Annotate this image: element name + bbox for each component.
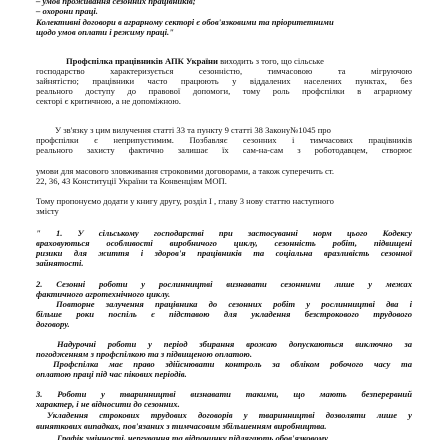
article-item-3: характер, і не відносити до сезонних. xyxy=(36,399,412,409)
article-item-2-paragraph: більше роки поспіль є підставою для укла… xyxy=(36,309,412,319)
paragraph-line: змісту xyxy=(36,206,412,216)
article-item-2-paragraph: Надурочні роботи у період збирання врожа… xyxy=(57,339,412,349)
article-item-2-paragraph: договору. xyxy=(36,319,412,329)
article-item-3-paragraph: Укладення строкових трудових договорів у… xyxy=(47,410,412,420)
article-item-2-paragraph: погодженням з профспілкою та з підвищено… xyxy=(36,349,412,359)
paragraph-line: Тому пропонуємо додати у книгу другу, ро… xyxy=(36,196,412,206)
quote-bullet: – охорони праці. xyxy=(36,6,412,16)
article-item-3-paragraph: виняткових випадках, пов'язаних з тимчас… xyxy=(36,421,412,431)
paragraph-line: реального доступу до правової допомоги, … xyxy=(36,86,412,96)
article-item-3-paragraph: Графік змінності, чергування та відпочин… xyxy=(57,433,412,440)
paragraph-line: умови для масового зловживання строковим… xyxy=(36,166,412,176)
quote-closing-line: щодо умов оплати і режиму праці." xyxy=(36,27,412,37)
article-item-2-paragraph: оплатою праці під час пікових періодів. xyxy=(36,369,412,379)
document-page: – умов проживання сезонних працівників; … xyxy=(0,0,440,440)
union-name: Профспілка працівників АПК України xyxy=(66,56,218,66)
paragraph-line: 22, 36, 43 Конституції України та Конвен… xyxy=(36,176,412,186)
article-item-1: враховуються особливості виробничого цик… xyxy=(36,238,412,248)
article-item-3: 3. Роботи у тваринництві визнавати таким… xyxy=(36,389,412,399)
article-item-1: ризики для життя і здоров'я працівників … xyxy=(36,248,412,258)
paragraph-line: профспілки є неприпустимим. Позбавляє се… xyxy=(36,135,412,145)
paragraph-line: зайнятістю; працівники часто працюють у … xyxy=(36,76,412,86)
article-item-1: " 1. У сільському господарстві при засто… xyxy=(36,228,412,238)
quote-closing-line: Колективні договори в аграрному секторі … xyxy=(36,17,412,27)
article-item-2-paragraph: Профспілка має право здійснювати контрол… xyxy=(53,359,412,369)
article-item-2-paragraph: Повторне залучення працівника до сезонни… xyxy=(56,299,412,309)
paragraph-line: У зв'язку з цим вилучення статті 33 та п… xyxy=(55,125,412,135)
article-item-2: 2. Сезонні роботи у рослинництві визнава… xyxy=(36,279,412,289)
paragraph-line: господарство характеризується сезонністю… xyxy=(36,66,412,76)
article-item-2: фактичного агротехнічного циклу. xyxy=(36,289,412,299)
article-item-1: зайнятості. xyxy=(36,258,412,268)
paragraph-line: реального захисту фактично залишає їх са… xyxy=(36,145,412,155)
union-paragraph-first-line: Профспілка працівників АПК України виход… xyxy=(66,56,412,66)
paragraph-line: секторі є критичною, а не допоміжною. xyxy=(36,96,412,106)
